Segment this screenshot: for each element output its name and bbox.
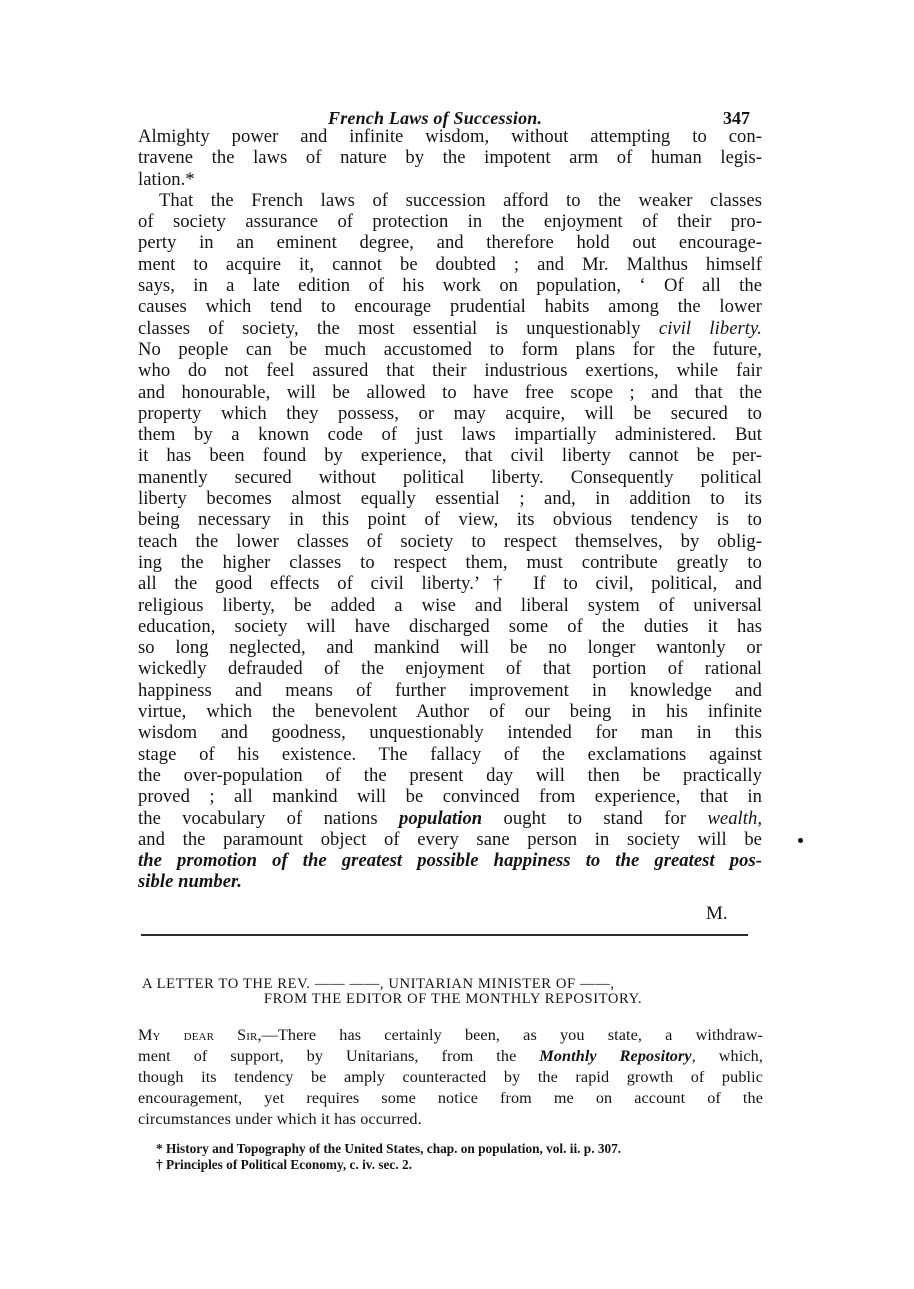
emphasis-greatest-happiness-end: sible number. bbox=[138, 871, 242, 892]
footnotes: * History and Topography of the United S… bbox=[156, 1141, 766, 1173]
text-line: ment to acquire it, cannot be doubted ; … bbox=[138, 254, 762, 275]
article-body: Almighty power and infinite wisdom, with… bbox=[138, 126, 762, 893]
text-line: says, in a late edition of his work on p… bbox=[138, 275, 762, 296]
text-line: the over-population of the present day w… bbox=[138, 765, 762, 786]
footnote-text: Principles of Political Economy, c. iv. … bbox=[166, 1157, 412, 1172]
text-segment: the vocabulary of nations bbox=[138, 808, 378, 829]
text-line: circumstances under which it has occurre… bbox=[138, 1109, 763, 1130]
text-line: No people can be much accustomed to form… bbox=[138, 339, 762, 360]
footnote-marker: * bbox=[156, 1141, 163, 1156]
text-line: stage of his existence. The fallacy of t… bbox=[138, 744, 762, 765]
publication-title: Monthly Repository bbox=[539, 1047, 691, 1065]
text-line-with-emphasis: ment of support, by Unitarians, from the… bbox=[138, 1046, 763, 1067]
text-line: virtue, which the benevolent Author of o… bbox=[138, 701, 762, 722]
text-line: perty in an eminent degree, and therefor… bbox=[138, 232, 762, 253]
letter-heading-line-2: FROM THE EDITOR OF THE MONTHLY REPOSITOR… bbox=[138, 992, 768, 1007]
article-signature: M. bbox=[706, 903, 728, 925]
text-line: education, society will have discharged … bbox=[138, 616, 762, 637]
text-segment: classes of society, the most essential i… bbox=[138, 318, 641, 339]
footnote-marker: † bbox=[156, 1157, 163, 1172]
emphasis-wealth: wealth, bbox=[707, 808, 762, 829]
emphasis-population: population bbox=[399, 808, 482, 829]
text-line: so long neglected, and mankind will be n… bbox=[138, 637, 762, 658]
text-segment: ment of support, by Unitarians, from the bbox=[138, 1047, 516, 1065]
footnote-text: History and Topography of the United Sta… bbox=[166, 1141, 621, 1156]
text-line: happiness and means of further improveme… bbox=[138, 680, 762, 701]
text-line: all the good effects of civil liberty.’†… bbox=[138, 573, 762, 594]
letter-first-line: My dear Sir,—There has certainly been, a… bbox=[138, 1025, 763, 1046]
footnote-asterisk: * History and Topography of the United S… bbox=[156, 1141, 766, 1157]
text-segment: ought to stand for bbox=[504, 808, 687, 829]
section-divider bbox=[141, 934, 748, 936]
document-page: French Laws of Succession. 347 Almighty … bbox=[0, 0, 914, 1289]
text-line: wickedly defrauded of the enjoyment of t… bbox=[138, 658, 762, 679]
letter-heading-line-1: A LETTER TO THE REV. —— ——, UNITARIAN MI… bbox=[138, 977, 768, 992]
text-line-with-emphasis: the vocabulary of nations population oug… bbox=[138, 808, 762, 829]
text-line: religious liberty, be added a wise and l… bbox=[138, 595, 762, 616]
text-line: ing the higher classes to respect them, … bbox=[138, 552, 762, 573]
text-line: being necessary in this point of view, i… bbox=[138, 509, 762, 530]
emphasis-civil-liberty: civil liberty. bbox=[659, 318, 762, 339]
text-line: teach the lower classes of society to re… bbox=[138, 531, 762, 552]
text-line: causes which tend to encourage prudentia… bbox=[138, 296, 762, 317]
text-line: lation.* bbox=[138, 169, 762, 190]
text-segment: —There has certainly been, as you state,… bbox=[262, 1026, 763, 1044]
paragraph-start-line: That the French laws of succession affor… bbox=[138, 190, 762, 211]
text-line: liberty becomes almost equally essential… bbox=[138, 488, 762, 509]
emphasized-line: sible number. bbox=[138, 871, 762, 892]
text-line: them by a known code of just laws impart… bbox=[138, 424, 762, 445]
text-line: manently secured without political liber… bbox=[138, 467, 762, 488]
emphasis-greatest-happiness: the promotion of the greatest possible h… bbox=[138, 850, 762, 871]
text-line: of society assurance of protection in th… bbox=[138, 211, 762, 232]
stray-ink-dot bbox=[798, 838, 803, 843]
text-line-with-emphasis: classes of society, the most essential i… bbox=[138, 318, 762, 339]
footnote-dagger: † Principles of Political Economy, c. iv… bbox=[156, 1157, 766, 1173]
letter-heading: A LETTER TO THE REV. —— ——, UNITARIAN MI… bbox=[138, 977, 768, 1007]
text-line: property which they possess, or may acqu… bbox=[138, 403, 762, 424]
text-line: encouragement, yet requires some notice … bbox=[138, 1088, 763, 1109]
text-line: travene the laws of nature by the impote… bbox=[138, 147, 762, 168]
text-line: it has been found by experience, that ci… bbox=[138, 445, 762, 466]
emphasized-line: the promotion of the greatest possible h… bbox=[138, 850, 762, 871]
text-line: and honourable, will be allowed to have … bbox=[138, 382, 762, 403]
letter-salutation: My dear Sir, bbox=[138, 1026, 262, 1044]
text-line: Almighty power and infinite wisdom, with… bbox=[138, 126, 762, 147]
text-line: wisdom and goodness, unquestionably inte… bbox=[138, 722, 762, 743]
letter-body: My dear Sir,—There has certainly been, a… bbox=[138, 1025, 763, 1130]
text-line: and the paramount object of every sane p… bbox=[138, 829, 762, 850]
text-line: proved ; all mankind will be convinced f… bbox=[138, 786, 762, 807]
text-line: though its tendency be amply counteracte… bbox=[138, 1067, 763, 1088]
text-segment: , which, bbox=[692, 1047, 763, 1065]
text-line: who do not feel assured that their indus… bbox=[138, 360, 762, 381]
